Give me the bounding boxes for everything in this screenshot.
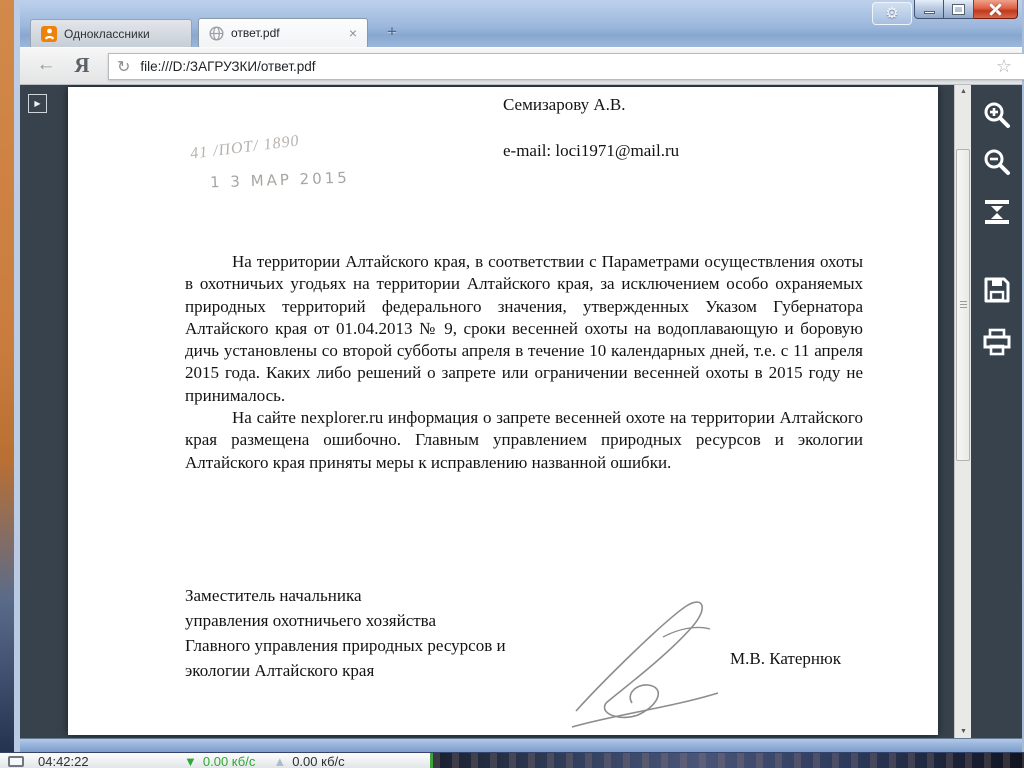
stamp-date: 1 3 МАР 2015 [210,169,350,192]
download-arrow-icon: ▼ [184,754,197,768]
tab-label: Одноклассники [64,27,181,41]
bookmark-star-icon[interactable]: ☆ [996,56,1012,77]
save-icon[interactable] [982,275,1012,305]
download-speed: ▼ 0.00 кб/с [184,754,255,768]
net-monitor-widget[interactable]: 04:42:22 ▼ 0.00 кб/с ▲ 0.00 кб/с [0,753,430,768]
signature-title-line: Главного управления природных ресурсов и [185,633,506,658]
browser-window: Одноклассники ответ.pdf × + ⚙ ← Я ↻ file… [14,0,1024,752]
navigation-bar: ← Я ↻ file:///D:/ЗАГРУЗКИ/ответ.pdf ☆ [20,47,1022,85]
stamp-registration-number: 41 /ПОТ/ 1890 [189,132,300,163]
upload-speed: ▲ 0.00 кб/с [273,754,344,768]
tab-odnoklassniki[interactable]: Одноклассники [30,19,192,47]
email-text: e-mail: loci1971@mail.ru [503,141,679,161]
vertical-scrollbar[interactable]: ▲ ▼ [954,85,971,738]
tab-label: ответ.pdf [231,26,342,40]
signature-title-block: Заместитель начальника управления охотни… [185,583,506,683]
pdf-page: Семизарову А.В. e-mail: loci1971@mail.ru… [68,87,938,735]
zoom-out-icon[interactable] [982,147,1012,177]
new-tab-button[interactable]: + [380,24,404,42]
url-text: file:///D:/ЗАГРУЗКИ/ответ.pdf [140,59,315,74]
zoom-in-icon[interactable] [982,100,1012,130]
address-bar: ↻ file:///D:/ЗАГРУЗКИ/ответ.pdf ☆ [108,53,1024,80]
tab-close-icon[interactable]: × [349,26,357,40]
scroll-up-icon[interactable]: ▲ [955,85,972,98]
taskbar-wallpaper-area [433,753,1024,768]
taskbar: 04:42:22 ▼ 0.00 кб/с ▲ 0.00 кб/с [0,752,1024,768]
scroll-down-icon[interactable]: ▼ [955,725,972,738]
paragraph: На сайте nexplorer.ru информация о запре… [185,407,863,474]
odnoklassniki-icon [41,26,57,42]
gear-icon[interactable]: ⚙ [872,2,912,25]
title-bar: Одноклассники ответ.pdf × + ⚙ [20,0,1022,47]
close-button[interactable] [974,0,1018,19]
globe-icon [209,26,224,41]
back-button[interactable]: ← [33,52,59,78]
scrollbar-thumb[interactable] [956,149,970,461]
handwritten-signature [568,599,728,734]
yandex-logo-button[interactable]: Я [68,51,96,79]
maximize-icon [953,5,964,14]
sidebar-expand-button[interactable]: ▶ [28,94,47,113]
window-controls [914,0,1018,19]
pdf-viewer: ▶ Семизарову А.В. e-mail: loci1971@mail.… [20,85,1022,738]
signature-title-line: экологии Алтайского края [185,658,506,683]
maximize-button[interactable] [944,0,974,19]
upload-arrow-icon: ▲ [273,754,286,768]
signature-title-line: Заместитель начальника [185,583,506,608]
refresh-icon[interactable]: ↻ [117,57,130,77]
tab-otvet-pdf[interactable]: ответ.pdf × [198,18,368,47]
addressee-text: Семизарову А.В. [503,95,626,115]
download-speed-value: 0.00 кб/с [203,754,255,768]
address-input[interactable]: ↻ file:///D:/ЗАГРУЗКИ/ответ.pdf [108,53,1024,80]
close-icon [989,3,1002,16]
pdf-tool-strip [971,85,1022,738]
scrollbar-grip [960,301,967,309]
upload-speed-value: 0.00 кб/с [292,754,344,768]
window-bottom-border [20,738,1022,752]
fit-page-icon[interactable] [982,197,1012,227]
minimize-icon [924,11,935,14]
clock-text: 04:42:22 [38,754,126,768]
paragraph: На территории Алтайского края, в соответ… [185,251,863,407]
signature-title-line: управления охотничьего хозяйства [185,608,506,633]
signer-name: М.В. Катернюк [730,649,841,669]
letter-body: На территории Алтайского края, в соответ… [185,251,863,474]
minimize-button[interactable] [914,0,944,19]
print-icon[interactable] [982,327,1012,357]
monitor-icon [8,756,24,767]
